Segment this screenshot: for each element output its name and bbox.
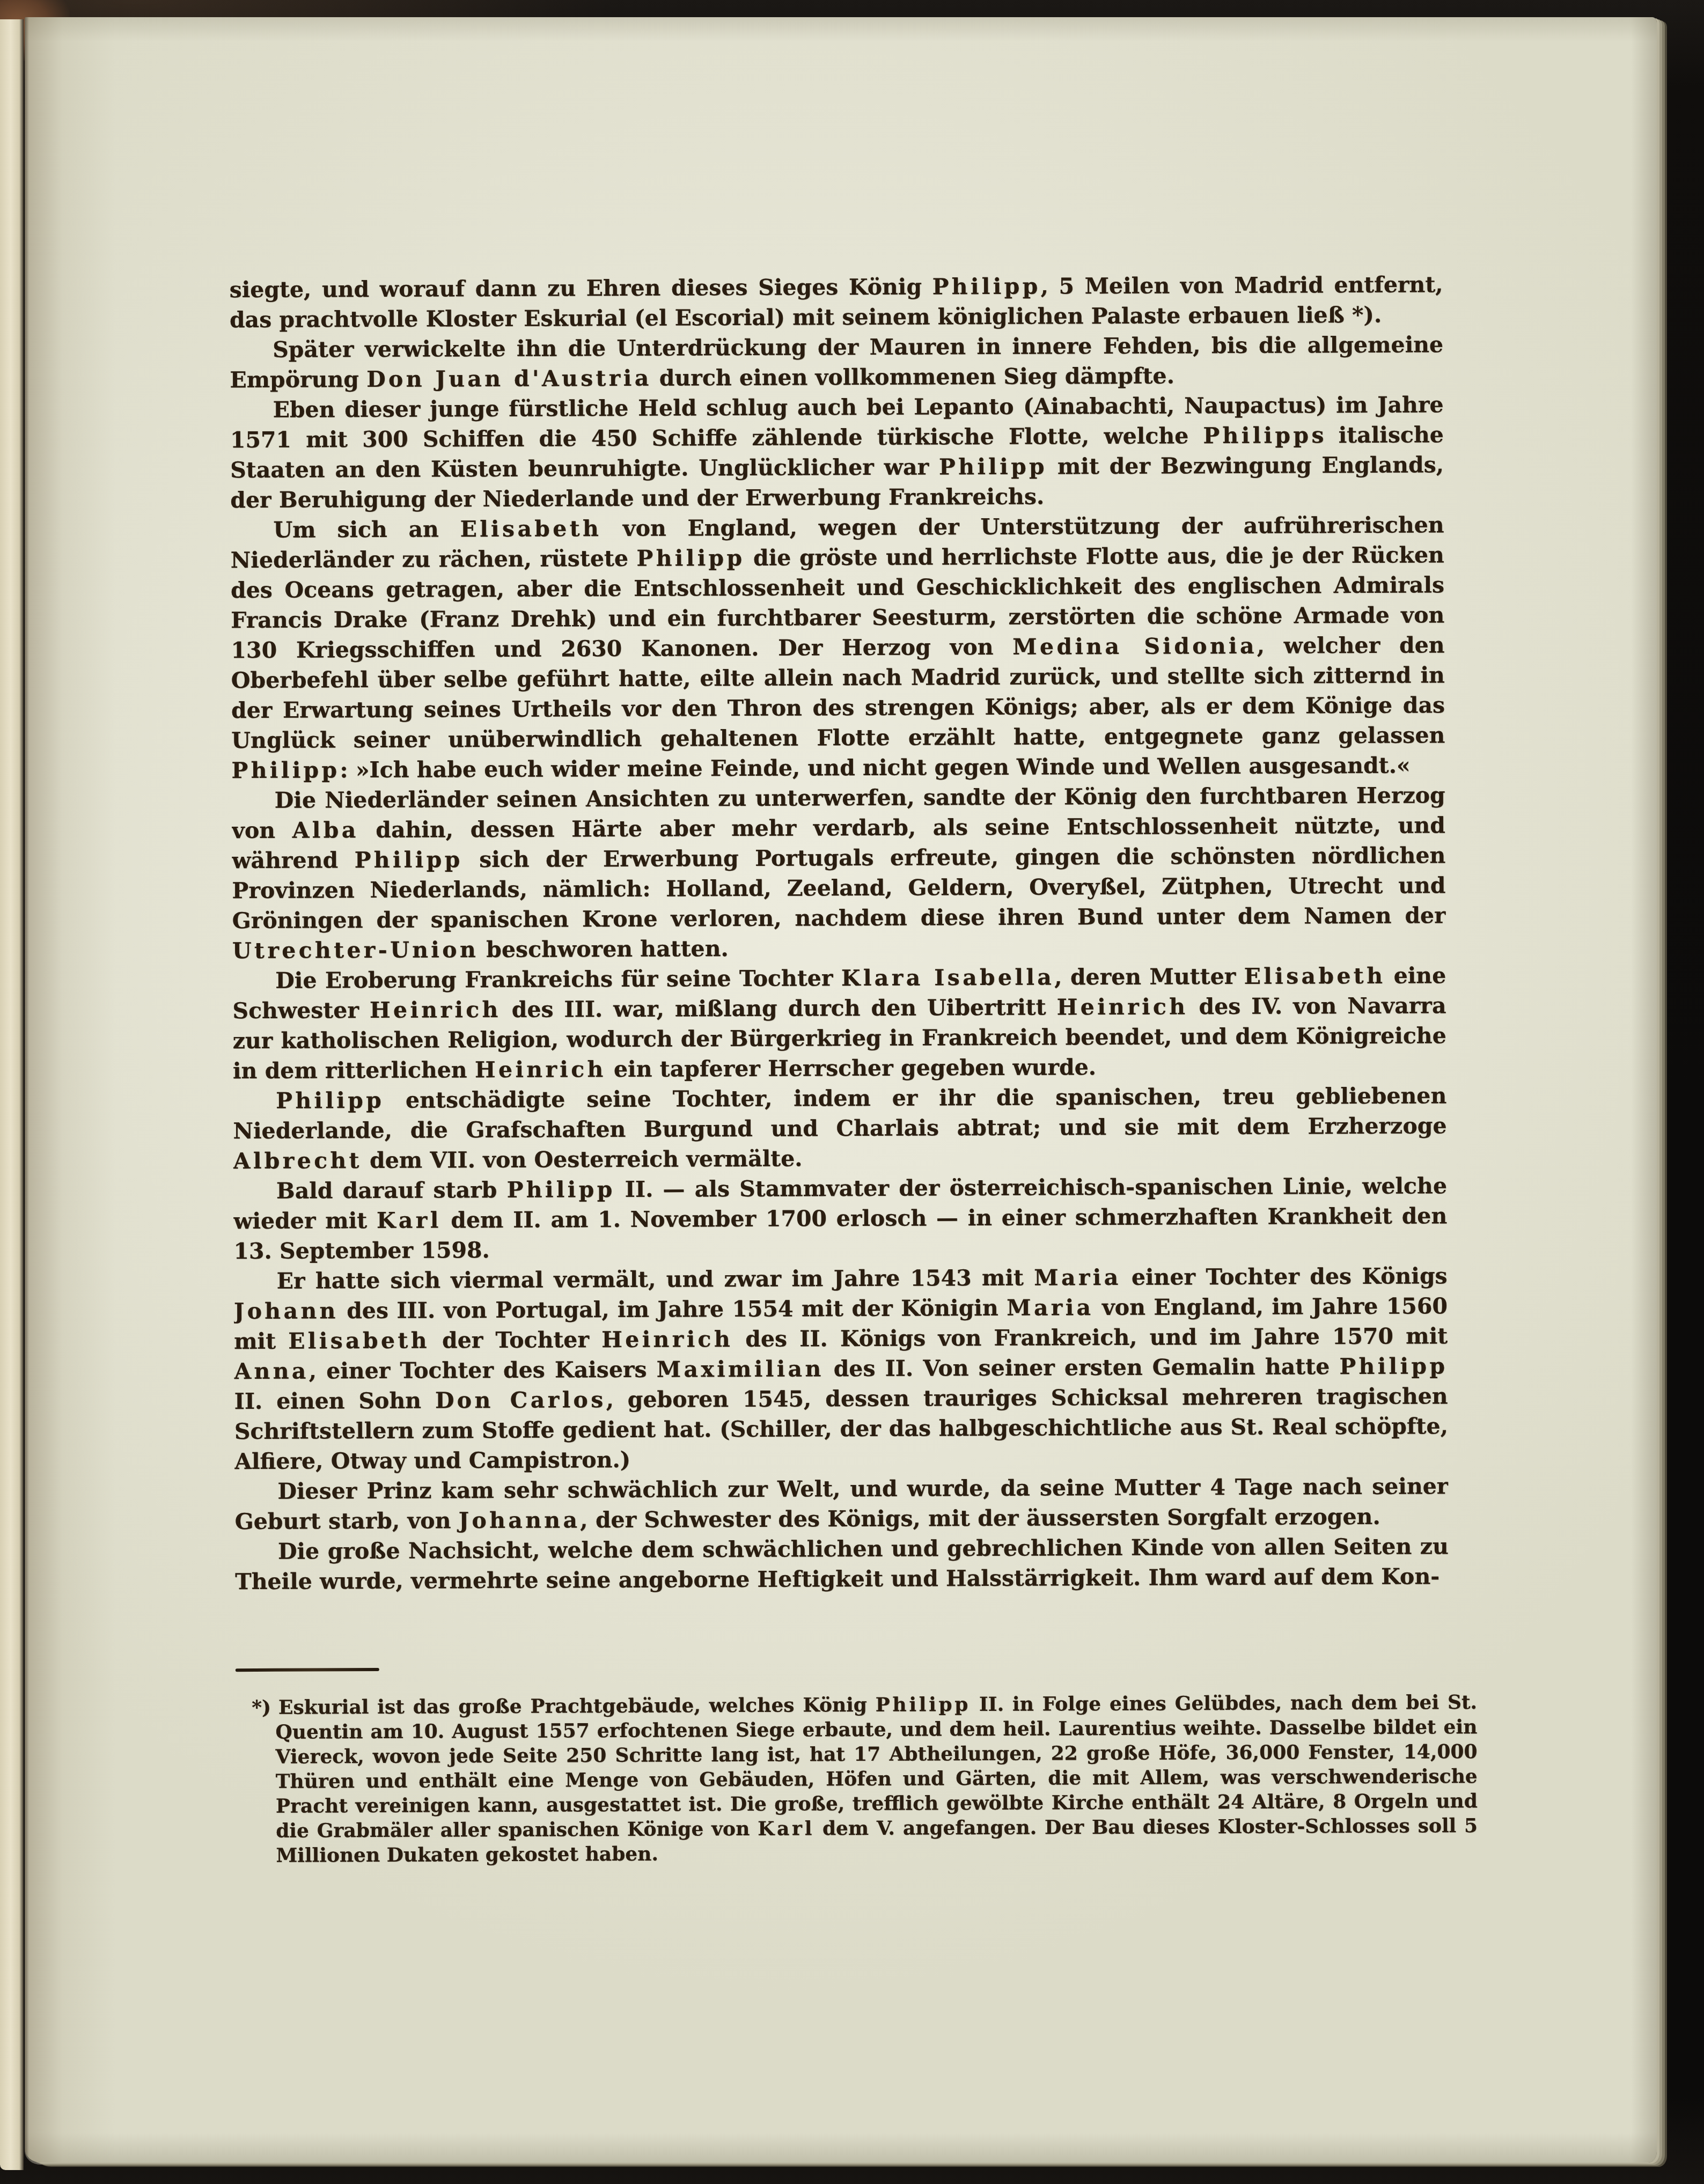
letterspaced-name: Philipp [276, 1087, 384, 1114]
paragraph: Die Eroberung Frankreichs für seine Toch… [232, 960, 1446, 1086]
letterspaced-name: Heinrich [1057, 994, 1188, 1020]
paragraph: Die Niederländer seinen Ansichten zu unt… [232, 780, 1446, 966]
printed-area: siegte, und worauf dann zu Ehren dieses … [25, 17, 1657, 2163]
letterspaced-name: Maximilian [657, 1356, 824, 1382]
letterspaced-name: Anna [234, 1358, 309, 1385]
letterspaced-name: Heinrich [370, 997, 501, 1023]
paragraph: Philipp entschädigte seine Tochter, inde… [233, 1080, 1447, 1176]
letterspaced-name: Maria [1007, 1295, 1094, 1321]
letterspaced-name: Elisabeth [1244, 963, 1386, 989]
footnote-marker: *) [252, 1696, 278, 1719]
letterspaced-name: Johann [234, 1298, 339, 1324]
scanned-book-page: siegte, und worauf dann zu Ehren dieses … [0, 0, 1704, 2184]
letterspaced-name: Philipp [506, 1176, 615, 1203]
letterspaced-name: Philipp [231, 757, 340, 783]
letterspaced-name: Philipp [932, 274, 1040, 300]
paragraph: Eben dieser junge fürstliche Held schlug… [230, 389, 1444, 515]
paragraph: siegte, und worauf dann zu Ehren dieses … [229, 269, 1443, 335]
letterspaced-name: Alba [292, 817, 359, 843]
letterspaced-name: Philipp [939, 454, 1047, 480]
letterspaced-name: Albrecht [233, 1148, 362, 1174]
paragraph: Später verwickelte ihn die Unterdrückung… [230, 329, 1443, 395]
letterspaced-name: Johanna [459, 1507, 581, 1533]
letterspaced-name: Utrechter-Union [232, 937, 479, 964]
letterspaced-name: Karl [377, 1207, 442, 1233]
letterspaced-name: Klara Isabella [841, 964, 1054, 991]
footnote-block: *)Eskurial ist das große Prachtgebäude, … [252, 1690, 1478, 1868]
paragraph: Die große Nachsicht, welche dem schwächl… [235, 1531, 1449, 1597]
letterspaced-name: Johann [459, 1507, 563, 1533]
letterspaced-name: Philipp [636, 545, 745, 571]
facing-page-edge [0, 19, 24, 2170]
letterspaced-name: Don Juan d'Austria [366, 365, 652, 392]
letterspaced-name: Elisabeth [288, 1328, 430, 1354]
letterspaced-name: Philipp [1203, 422, 1311, 448]
letterspaced-name: Elisabeth [460, 516, 601, 542]
main-text-block: siegte, und worauf dann zu Ehren dieses … [229, 269, 1449, 1664]
paragraph: Er hatte sich viermal vermält, und zwar … [234, 1261, 1449, 1476]
letterspaced-name: Don Carlos [435, 1387, 606, 1413]
letterspaced-name: Philipp [354, 847, 462, 873]
letterspaced-name: Heinrich [475, 1056, 606, 1083]
letterspaced-name: Medina Sidonia [1012, 633, 1257, 660]
paragraph: Um sich an Elisabeth von England, wegen … [230, 510, 1445, 785]
paragraph: Bald darauf starb Philipp II. — als Stam… [233, 1171, 1448, 1266]
letterspaced-name: Philipp [876, 1693, 971, 1716]
book-page: siegte, und worauf dann zu Ehren dieses … [25, 17, 1657, 2163]
paragraph: Dieser Prinz kam sehr schwächlich zur We… [234, 1471, 1448, 1536]
letterspaced-name: Heinrich [601, 1326, 733, 1352]
footnote-text: Eskurial ist das große Prachtgebäude, we… [275, 1691, 1478, 1867]
letterspaced-name: Maria [1034, 1264, 1121, 1291]
letterspaced-name: Karl [758, 1817, 814, 1840]
letterspaced-name: Philipp [1339, 1353, 1448, 1379]
footnote-separator-rule [236, 1668, 379, 1672]
